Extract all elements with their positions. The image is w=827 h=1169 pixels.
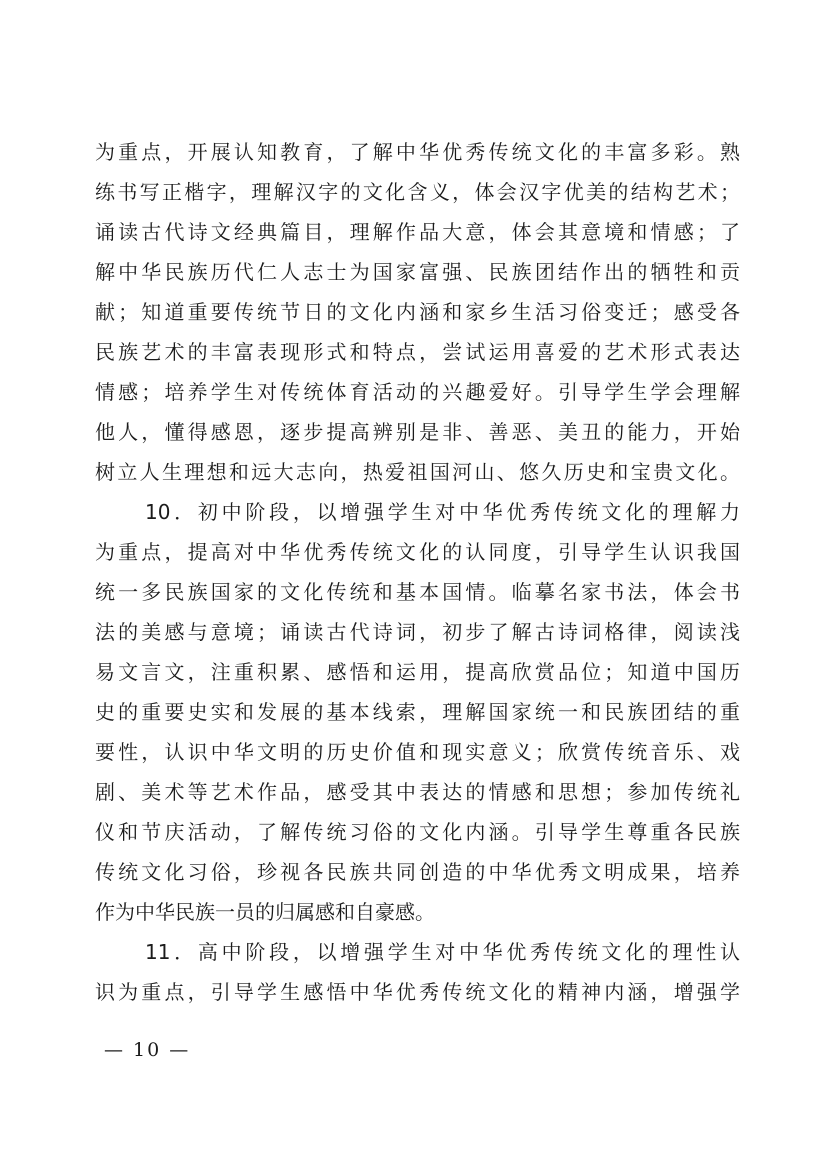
document-page: 为重点，开展认知教育，了解中华优秀传统文化的丰富多彩。熟 练书写正楷字，理解汉字… (0, 0, 827, 1169)
text-line: 10．初中阶段，以增强学生对中华优秀传统文化的理解力 (95, 492, 740, 532)
page-footer: — 10 — (104, 1036, 190, 1064)
text-line: 11．高中阶段，以增强学生对中华优秀传统文化的理性认 (95, 932, 740, 972)
text-line: 民族艺术的丰富表现形式和特点，尝试运用喜爱的艺术形式表达 (95, 332, 740, 372)
paragraph-item-11: 11．高中阶段，以增强学生对中华优秀传统文化的理性认 识为重点，引导学生感悟中华… (95, 932, 740, 1012)
text-line: 练书写正楷字，理解汉字的文化含义，体会汉字优美的结构艺术； (95, 172, 740, 212)
text-line: 诵读古代诗文经典篇目，理解作品大意，体会其意境和情感；了 (95, 212, 740, 252)
text-line: 仪和节庆活动，了解传统习俗的文化内涵。引导学生尊重各民族 (95, 812, 740, 852)
text-line: 为重点，开展认知教育，了解中华优秀传统文化的丰富多彩。熟 (95, 132, 740, 172)
text-line: 为重点，提高对中华优秀传统文化的认同度，引导学生认识我国 (95, 532, 740, 572)
text-line: 统一多民族国家的文化传统和基本国情。临摹名家书法，体会书 (95, 572, 740, 612)
page-number: — 10 — (104, 1039, 190, 1061)
text-line: 要性，认识中华文明的历史价值和现实意义；欣赏传统音乐、戏 (95, 732, 740, 772)
text-line: 他人，懂得感恩，逐步提高辨别是非、善恶、美丑的能力，开始 (95, 412, 740, 452)
text-line: 法的美感与意境；诵读古代诗词，初步了解古诗词格律，阅读浅 (95, 612, 740, 652)
text-line: 树立人生理想和远大志向，热爱祖国河山、悠久历史和宝贵文化。 (95, 452, 740, 492)
text-line: 献；知道重要传统节日的文化内涵和家乡生活习俗变迁；感受各 (95, 292, 740, 332)
text-line: 解中华民族历代仁人志士为国家富强、民族团结作出的牺牲和贡 (95, 252, 740, 292)
text-line: 易文言文，注重积累、感悟和运用，提高欣赏品位；知道中国历 (95, 652, 740, 692)
text-line: 情感；培养学生对传统体育活动的兴趣爱好。引导学生学会理解 (95, 372, 740, 412)
document-body: 为重点，开展认知教育，了解中华优秀传统文化的丰富多彩。熟 练书写正楷字，理解汉字… (95, 132, 740, 1012)
text-line: 识为重点，引导学生感悟中华优秀传统文化的精神内涵，增强学 (95, 972, 740, 1012)
paragraph-item-10: 10．初中阶段，以增强学生对中华优秀传统文化的理解力 为重点，提高对中华优秀传统… (95, 492, 740, 932)
paragraph-continuation: 为重点，开展认知教育，了解中华优秀传统文化的丰富多彩。熟 练书写正楷字，理解汉字… (95, 132, 740, 492)
text-line: 传统文化习俗，珍视各民族共同创造的中华优秀文明成果，培养 (95, 852, 740, 892)
text-line: 作为中华民族一员的归属感和自豪感。 (95, 892, 740, 932)
text-line: 史的重要史实和发展的基本线索，理解国家统一和民族团结的重 (95, 692, 740, 732)
text-line: 剧、美术等艺术作品，感受其中表达的情感和思想；参加传统礼 (95, 772, 740, 812)
